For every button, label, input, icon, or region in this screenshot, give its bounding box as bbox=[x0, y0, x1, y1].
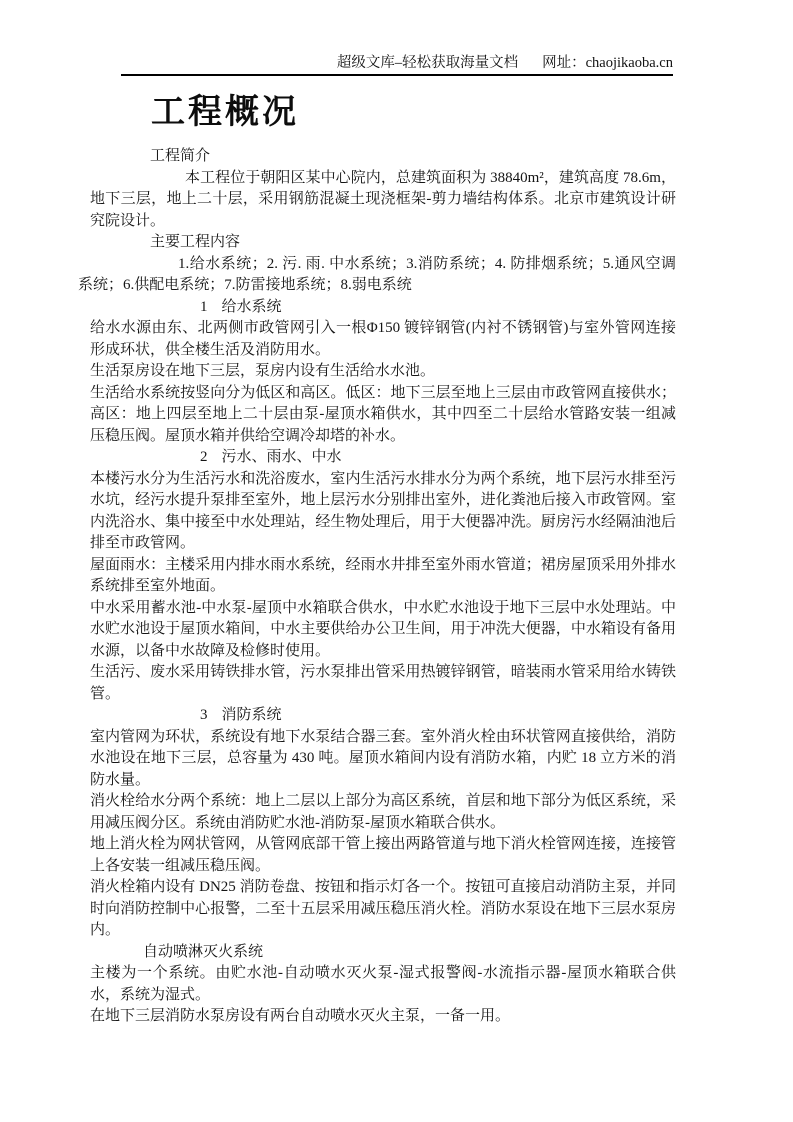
paragraph: 本工程位于朝阳区某中心院内，总建筑面积为 38840m²，建筑高度 78.6m，… bbox=[90, 168, 676, 233]
section-number: 2 bbox=[145, 447, 208, 469]
section-heading: 1给水系统 bbox=[90, 297, 676, 319]
document-page: 超级文库–轻松获取海量文档网址：chaojikaoba.cn 工程概况 工程简介… bbox=[0, 0, 793, 1122]
paragraph: 在地下三层消防水泵房设有两台自动喷水灭火主泵，一备一用。 bbox=[90, 1006, 676, 1028]
paragraph: 本楼污水分为生活污水和洗浴废水，室内生活污水排水分为两个系统，地下层污水排至污水… bbox=[90, 469, 676, 555]
header-site-label: 超级文库–轻松获取海量文档 bbox=[337, 55, 518, 71]
paragraph: 室内管网为环状，系统设有地下水泵结合器三套。室外消火栓由环状管网直接供给，消防水… bbox=[90, 727, 676, 792]
document-title: 工程概况 bbox=[151, 84, 299, 133]
section-heading: 3消防系统 bbox=[90, 705, 676, 727]
header-url-label: 网址：chaojikaoba.cn bbox=[542, 55, 673, 71]
paragraph: 屋面雨水：主楼采用内排水雨水系统，经雨水井排至室外雨水管道；裙房屋顶采用外排水系… bbox=[90, 555, 676, 598]
paragraph: 1.给水系统；2. 污. 雨. 中水系统；3.消防系统；4. 防排烟系统；5.通… bbox=[78, 254, 676, 297]
paragraph: 地上消火栓为网状管网，从管网底部干管上接出两路管道与地下消火栓管网连接，连接管上… bbox=[90, 834, 676, 877]
paragraph: 自动喷淋灭火系统 bbox=[90, 942, 676, 964]
paragraph: 给水水源由东、北两侧市政管网引入一根Φ150 镀锌钢管(内衬不锈钢管)与室外管网… bbox=[90, 318, 676, 361]
section-title: 消防系统 bbox=[222, 707, 282, 723]
paragraph: 生活污、废水采用铸铁排水管，污水泵排出管采用热镀锌钢管，暗装雨水管采用给水铸铁管… bbox=[90, 662, 676, 705]
header-divider-line bbox=[121, 74, 673, 76]
section-title: 污水、雨水、中水 bbox=[222, 449, 342, 465]
section-number: 1 bbox=[145, 297, 208, 319]
paragraph: 主要工程内容 bbox=[90, 232, 676, 254]
paragraph: 消火栓给水分两个系统：地上二层以上部分为高区系统，首层和地下部分为低区系统，采用… bbox=[90, 791, 676, 834]
paragraph: 生活泵房设在地下三层，泵房内设有生活给水水池。 bbox=[90, 361, 676, 383]
paragraph: 中水采用蓄水池-中水泵-屋顶中水箱联合供水，中水贮水池设于地下三层中水处理站。中… bbox=[90, 598, 676, 663]
paragraph: 生活给水系统按竖向分为低区和高区。低区：地下三层至地上三层由市政管网直接供水；高… bbox=[90, 383, 676, 448]
paragraph: 主楼为一个系统。由贮水池-自动喷水灭火泵-湿式报警阀-水流指示器-屋顶水箱联合供… bbox=[90, 963, 676, 1006]
section-heading: 2污水、雨水、中水 bbox=[90, 447, 676, 469]
paragraph: 消火栓箱内设有 DN25 消防卷盘、按钮和指示灯各一个。按钮可直接启动消防主泵，… bbox=[90, 877, 676, 942]
section-number: 3 bbox=[145, 705, 208, 727]
page-header: 超级文库–轻松获取海量文档网址：chaojikaoba.cn bbox=[121, 51, 673, 72]
document-body: 工程简介本工程位于朝阳区某中心院内，总建筑面积为 38840m²，建筑高度 78… bbox=[90, 146, 676, 1028]
paragraph: 工程简介 bbox=[90, 146, 676, 168]
section-title: 给水系统 bbox=[222, 299, 282, 315]
